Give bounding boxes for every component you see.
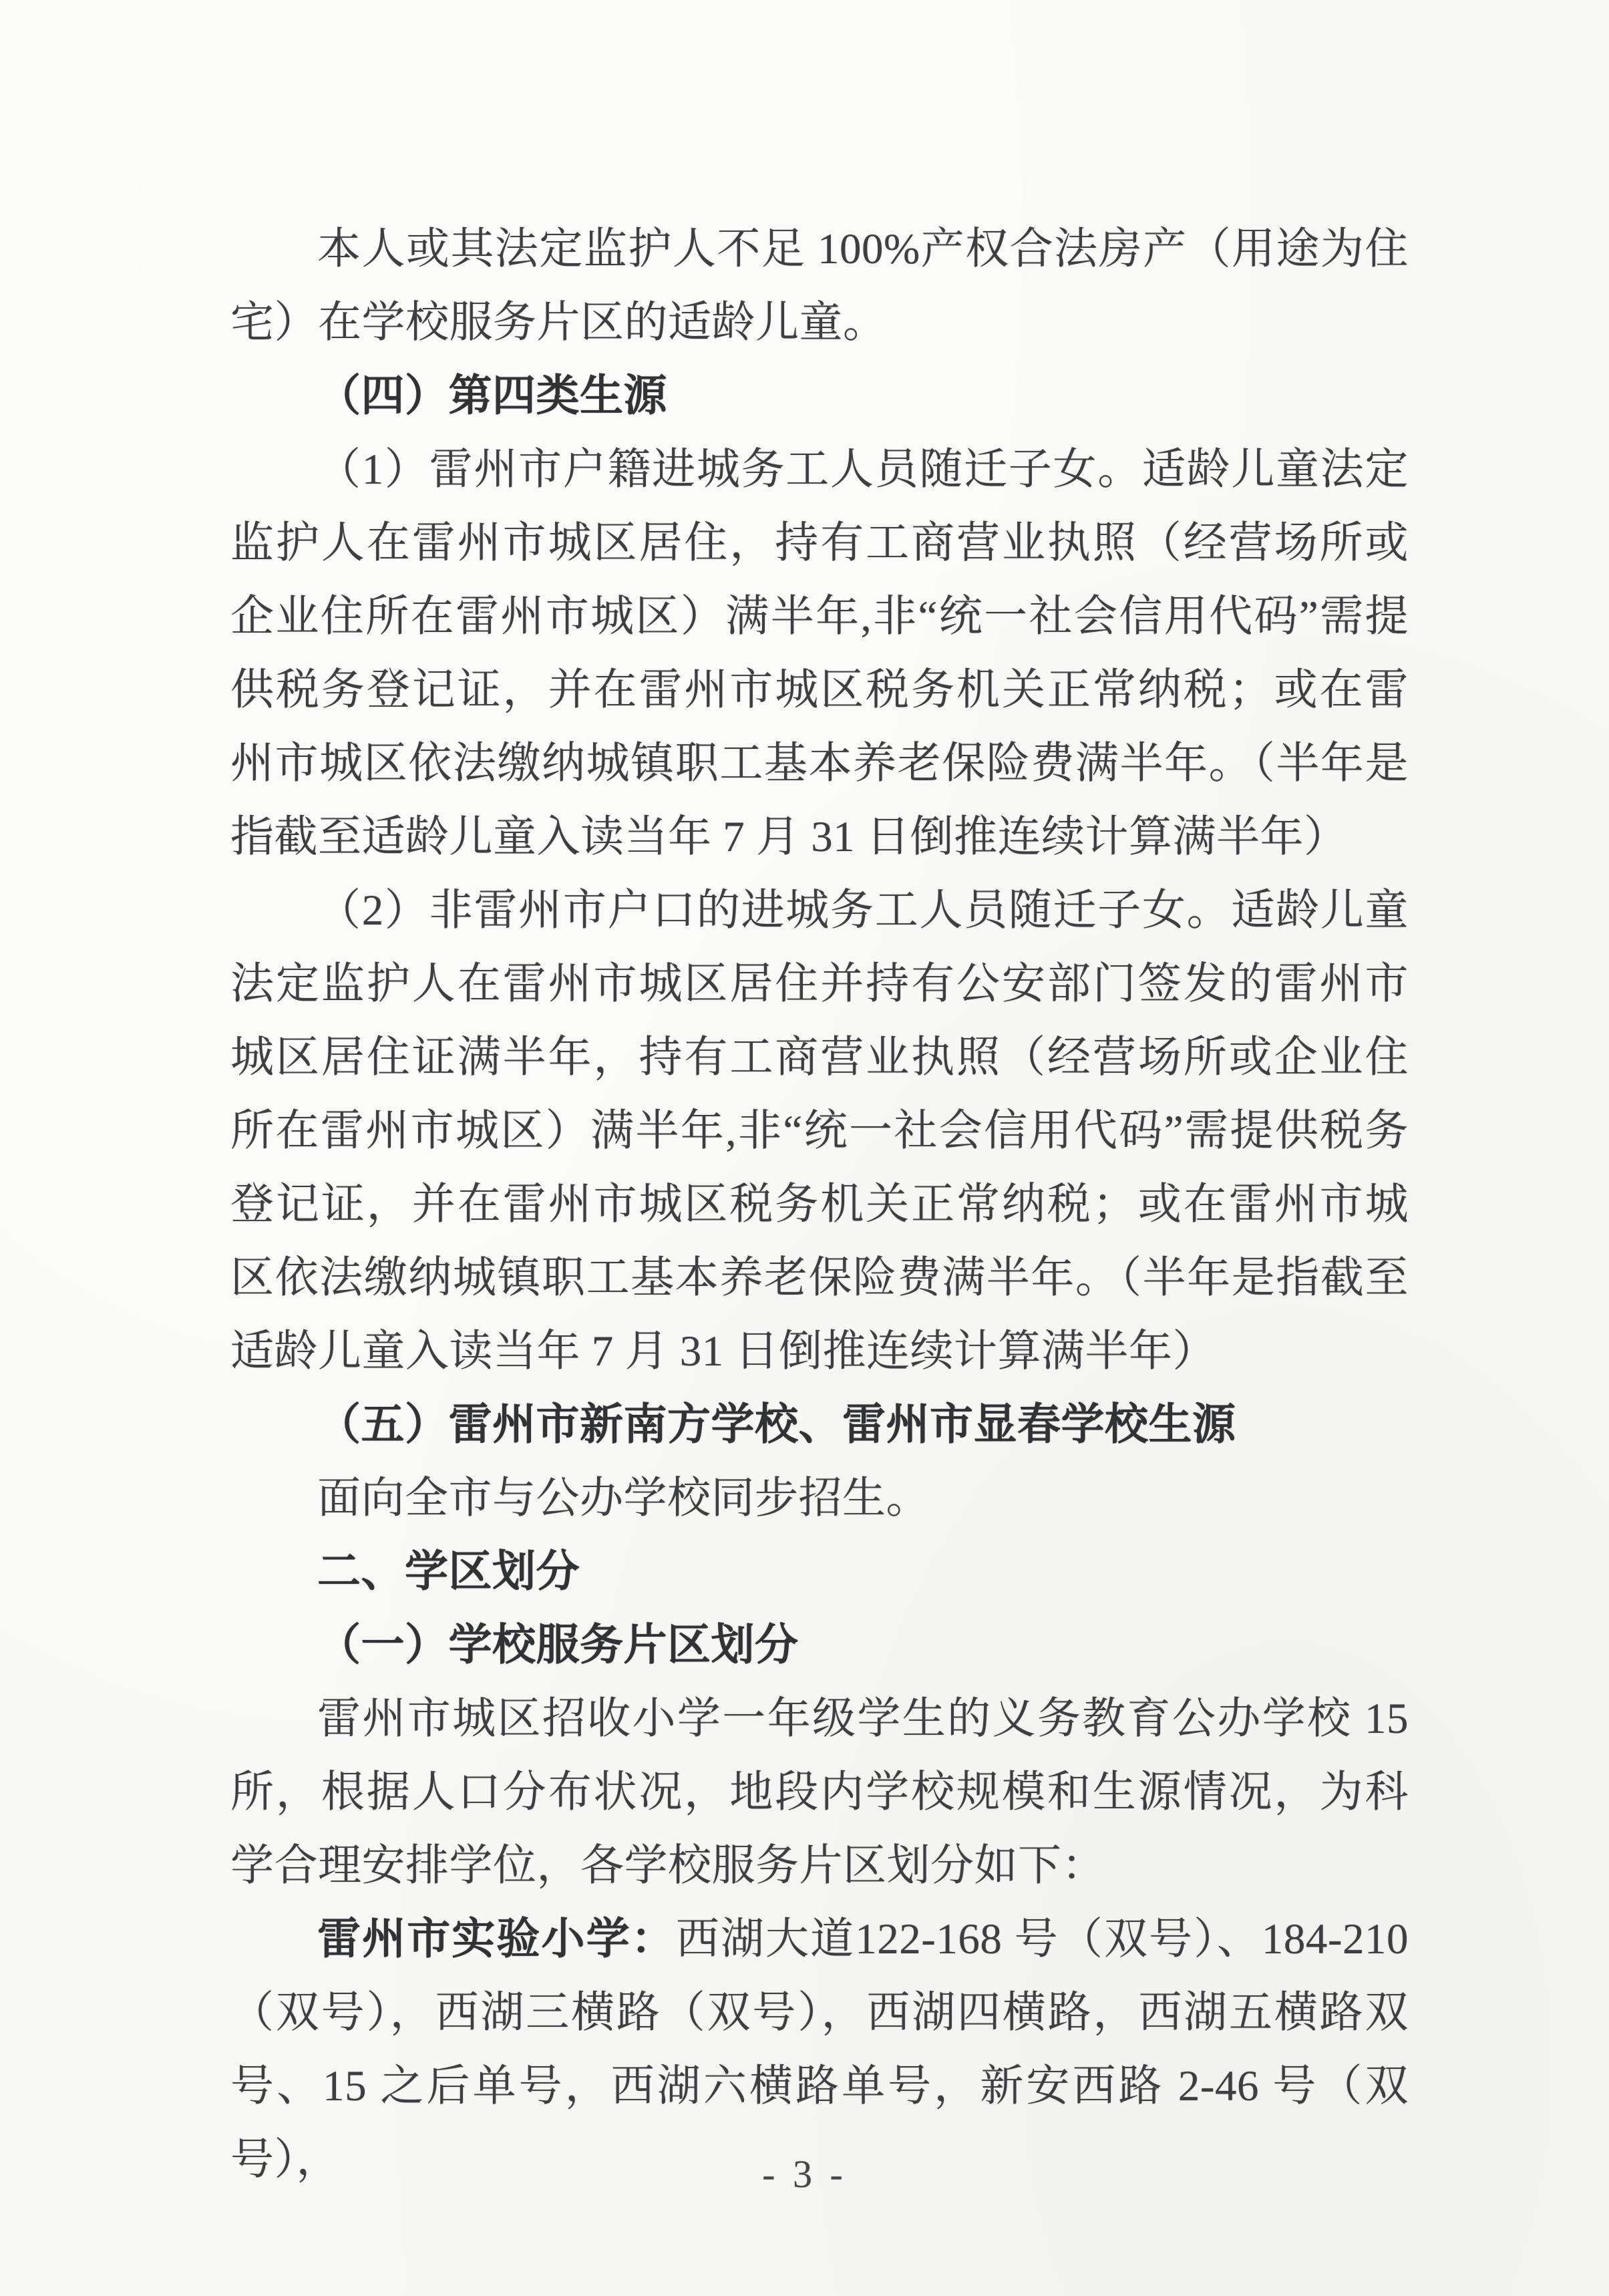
paragraph-item-2-non-leizhou-workers: （2）非雷州市户口的进城务工人员随迁子女。适龄儿童法定监护人在雷州市城区居住并持… bbox=[230, 874, 1409, 1388]
heading-fifth-type-source: （五）雷州市新南方学校、雷州市显春学校生源 bbox=[230, 1388, 1409, 1462]
paragraph-third-type-tail: 本人或其法定监护人不足 100%产权合法房产（用途为住宅）在学校服务片区的适龄儿… bbox=[230, 212, 1409, 359]
document-body: 本人或其法定监护人不足 100%产权合法房产（用途为住宅）在学校服务片区的适龄儿… bbox=[230, 212, 1409, 2196]
paragraph-item-1-leizhou-registered-workers: （1）雷州市户籍进城务工人员随迁子女。适龄儿童法定监护人在雷州市城区居住，持有工… bbox=[230, 433, 1409, 874]
heading-school-district-division: 二、学区划分 bbox=[230, 1535, 1409, 1609]
paragraph-fifteen-schools-overview: 雷州市城区招收小学一年级学生的义务教育公办学校 15 所，根据人口分布状况，地段… bbox=[230, 1682, 1409, 1903]
page-number: - 3 - bbox=[0, 2138, 1609, 2211]
heading-fourth-type-source: （四）第四类生源 bbox=[230, 359, 1409, 433]
paragraph-citywide-enrollment: 面向全市与公办学校同步招生。 bbox=[230, 1462, 1409, 1535]
document-page: 本人或其法定监护人不足 100%产权合法房产（用途为住宅）在学校服务片区的适龄儿… bbox=[0, 0, 1609, 2296]
heading-service-area-division: （一）学校服务片区划分 bbox=[230, 1609, 1409, 1682]
school-name-label: 雷州市实验小学： bbox=[317, 1915, 676, 1963]
